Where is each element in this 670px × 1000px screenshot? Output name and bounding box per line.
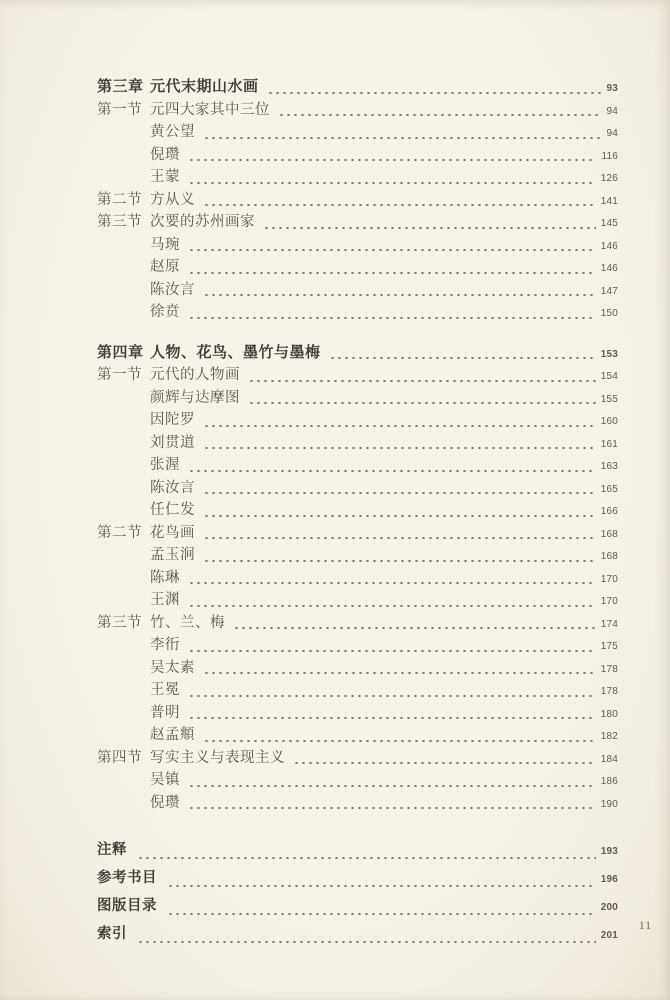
toc-row-title: 王渊 bbox=[150, 589, 180, 612]
dot-leader bbox=[167, 913, 596, 915]
dot-leader bbox=[137, 941, 596, 943]
toc-row: 赵孟頫 182 bbox=[97, 724, 618, 747]
dot-leader bbox=[188, 582, 596, 584]
dot-leader bbox=[203, 560, 596, 562]
toc-row-label: 第四节 bbox=[97, 747, 150, 770]
toc-row: 刘贯道 161 bbox=[97, 432, 618, 455]
toc-row-page: 193 bbox=[601, 838, 618, 866]
toc-row-title: 赵原 bbox=[150, 256, 180, 279]
toc-row-title: 颜辉与达摩图 bbox=[150, 387, 240, 410]
toc-row: 第一节 元四大家其中三位 94 bbox=[97, 99, 618, 122]
toc-row-title: 陈汝言 bbox=[150, 279, 195, 302]
toc-row-title: 李衎 bbox=[150, 634, 180, 657]
toc-page: 第三章 元代末期山水画 93 第一节 元四大家其中三位 94 黄公望 94 倪瓒… bbox=[0, 0, 670, 1000]
toc-row-title: 任仁发 bbox=[150, 499, 195, 522]
toc-group-chapter-3: 第三章 元代末期山水画 93 第一节 元四大家其中三位 94 黄公望 94 倪瓒… bbox=[97, 76, 618, 324]
dot-leader bbox=[167, 885, 596, 887]
toc-row-page: 180 bbox=[601, 704, 618, 727]
toc-row-title: 孟玉涧 bbox=[150, 544, 195, 567]
toc-row-title: 刘贯道 bbox=[150, 432, 195, 455]
toc-row-title: 徐贲 bbox=[150, 301, 180, 324]
toc-row: 陈汝言 165 bbox=[97, 477, 618, 500]
toc-row-title: 马琬 bbox=[150, 234, 180, 257]
toc-row: 孟玉涧 168 bbox=[97, 544, 618, 567]
toc-row-title: 王冕 bbox=[150, 679, 180, 702]
toc-row: 第三章 元代末期山水画 93 bbox=[97, 76, 618, 99]
toc-group-back-matter: 注释 193 参考书目 196 图版目录 200 索引 201 bbox=[97, 836, 618, 948]
toc-row-title: 花鸟画 bbox=[150, 522, 195, 545]
dot-leader bbox=[203, 425, 596, 427]
toc-row-page: 196 bbox=[601, 866, 618, 894]
toc-row: 图版目录 200 bbox=[97, 892, 618, 920]
toc-row-title: 元四大家其中三位 bbox=[150, 99, 270, 122]
toc-row: 吴太素 178 bbox=[97, 657, 618, 680]
toc-row-title: 元代的人物画 bbox=[150, 364, 240, 387]
dot-leader bbox=[188, 605, 596, 607]
dot-leader bbox=[329, 357, 596, 359]
dot-leader bbox=[203, 294, 596, 296]
dot-leader bbox=[188, 249, 596, 251]
toc-row-title: 陈琳 bbox=[150, 567, 180, 590]
toc-row-title: 方从义 bbox=[150, 189, 195, 212]
dot-leader bbox=[188, 272, 596, 274]
toc-row: 第四节 写实主义与表现主义 184 bbox=[97, 747, 618, 770]
toc-row-page: 160 bbox=[601, 411, 618, 434]
toc-row-title: 普明 bbox=[150, 702, 180, 725]
toc-row-title: 图版目录 bbox=[97, 892, 157, 920]
toc-row-page: 174 bbox=[601, 614, 618, 637]
toc-row-title: 次要的苏州画家 bbox=[150, 211, 255, 234]
toc-row-page: 154 bbox=[601, 366, 618, 389]
toc-row-page: 150 bbox=[601, 303, 618, 326]
toc-row-page: 165 bbox=[601, 479, 618, 502]
toc-row-title: 倪瓒 bbox=[150, 792, 180, 815]
toc-row-page: 161 bbox=[601, 434, 618, 457]
toc-row: 颜辉与达摩图 155 bbox=[97, 387, 618, 410]
toc-row-page: 155 bbox=[601, 389, 618, 412]
toc-row: 王渊 170 bbox=[97, 589, 618, 612]
toc-row-page: 93 bbox=[606, 78, 618, 101]
dot-leader bbox=[293, 762, 596, 764]
dot-leader bbox=[188, 470, 596, 472]
toc-row: 张渥 163 bbox=[97, 454, 618, 477]
dot-leader bbox=[233, 627, 596, 629]
toc-row-page: 178 bbox=[601, 659, 618, 682]
toc-row: 徐贲 150 bbox=[97, 301, 618, 324]
toc-row-page: 147 bbox=[601, 281, 618, 304]
dot-leader bbox=[188, 317, 596, 319]
toc-row-title: 元代末期山水画 bbox=[150, 76, 259, 99]
toc-row-page: 168 bbox=[601, 546, 618, 569]
toc-row-label: 第四章 bbox=[97, 342, 150, 365]
toc-row: 因陀罗 160 bbox=[97, 409, 618, 432]
toc-row-title: 赵孟頫 bbox=[150, 724, 195, 747]
dot-leader bbox=[188, 182, 596, 184]
toc-row-page: 184 bbox=[601, 749, 618, 772]
toc-row-page: 170 bbox=[601, 591, 618, 614]
toc-row: 倪瓒 190 bbox=[97, 792, 618, 815]
toc-row-label: 第三章 bbox=[97, 76, 150, 99]
dot-leader bbox=[203, 740, 596, 742]
toc-row: 倪瓒 116 bbox=[97, 144, 618, 167]
toc-row-page: 126 bbox=[601, 168, 618, 191]
toc-row: 赵原 146 bbox=[97, 256, 618, 279]
toc-row-title: 索引 bbox=[97, 920, 127, 948]
toc-row-title: 竹、兰、梅 bbox=[150, 612, 225, 635]
dot-leader bbox=[188, 650, 596, 652]
toc-row: 黄公望 94 bbox=[97, 121, 618, 144]
toc-group-chapter-4: 第四章 人物、花鸟、墨竹与墨梅 153 第一节 元代的人物画 154 颜辉与达摩… bbox=[97, 342, 618, 815]
toc-row-page: 141 bbox=[601, 191, 618, 214]
toc-row-title: 参考书目 bbox=[97, 864, 157, 892]
folio-page-number: 11 bbox=[639, 920, 652, 932]
toc-row-title: 倪瓒 bbox=[150, 144, 180, 167]
toc-row-label: 第二节 bbox=[97, 522, 150, 545]
toc-row: 李衎 175 bbox=[97, 634, 618, 657]
toc-row: 马琬 146 bbox=[97, 234, 618, 257]
toc-row-label: 第三节 bbox=[97, 612, 150, 635]
toc-row: 第三节 次要的苏州画家 145 bbox=[97, 211, 618, 234]
toc-row: 陈汝言 147 bbox=[97, 279, 618, 302]
toc-row-title: 王蒙 bbox=[150, 166, 180, 189]
toc-row-title: 因陀罗 bbox=[150, 409, 195, 432]
dot-leader bbox=[203, 537, 596, 539]
toc-row-page: 170 bbox=[601, 569, 618, 592]
toc-row-page: 146 bbox=[601, 236, 618, 259]
toc-row: 第一节 元代的人物画 154 bbox=[97, 364, 618, 387]
dot-leader bbox=[278, 114, 601, 116]
dot-leader bbox=[188, 695, 596, 697]
toc-row-page: 166 bbox=[601, 501, 618, 524]
toc-row: 任仁发 166 bbox=[97, 499, 618, 522]
toc-row-title: 吴太素 bbox=[150, 657, 195, 680]
toc-row-title: 陈汝言 bbox=[150, 477, 195, 500]
toc-row: 王冕 178 bbox=[97, 679, 618, 702]
dot-leader bbox=[137, 857, 596, 859]
dot-leader bbox=[203, 515, 596, 517]
dot-leader bbox=[248, 402, 596, 404]
dot-leader bbox=[203, 447, 596, 449]
toc-row-page: 201 bbox=[601, 922, 618, 950]
dot-leader bbox=[203, 204, 596, 206]
dot-leader bbox=[203, 492, 596, 494]
toc-row-page: 153 bbox=[601, 344, 618, 367]
toc-row-page: 116 bbox=[601, 146, 618, 169]
toc-row-page: 146 bbox=[601, 258, 618, 281]
toc-row-page: 178 bbox=[601, 681, 618, 704]
toc-row-page: 168 bbox=[601, 524, 618, 547]
dot-leader bbox=[248, 380, 596, 382]
toc-row-page: 145 bbox=[601, 213, 618, 236]
dot-leader bbox=[203, 672, 596, 674]
toc-row-title: 注释 bbox=[97, 836, 127, 864]
toc-row-page: 182 bbox=[601, 726, 618, 749]
toc-row-page: 94 bbox=[606, 123, 618, 146]
toc-row-page: 190 bbox=[601, 794, 618, 817]
toc-row: 第二节 花鸟画 168 bbox=[97, 522, 618, 545]
dot-leader bbox=[188, 717, 596, 719]
dot-leader bbox=[263, 227, 596, 229]
toc-row: 陈琳 170 bbox=[97, 567, 618, 590]
toc-row: 索引 201 bbox=[97, 920, 618, 948]
toc-row-page: 163 bbox=[601, 456, 618, 479]
toc-row-page: 186 bbox=[601, 771, 618, 794]
toc-row: 普明 180 bbox=[97, 702, 618, 725]
toc-row-label: 第一节 bbox=[97, 364, 150, 387]
toc-row-title: 写实主义与表现主义 bbox=[150, 747, 285, 770]
dot-leader bbox=[267, 92, 602, 94]
toc-row-title: 人物、花鸟、墨竹与墨梅 bbox=[150, 342, 321, 365]
toc-row: 参考书目 196 bbox=[97, 864, 618, 892]
toc-row: 第四章 人物、花鸟、墨竹与墨梅 153 bbox=[97, 342, 618, 365]
dot-leader bbox=[188, 807, 596, 809]
toc-row-label: 第二节 bbox=[97, 189, 150, 212]
toc-row-title: 张渥 bbox=[150, 454, 180, 477]
toc-row-label: 第三节 bbox=[97, 211, 150, 234]
dot-leader bbox=[188, 785, 596, 787]
toc-row-page: 94 bbox=[606, 101, 618, 124]
toc-row-page: 200 bbox=[601, 894, 618, 922]
toc-row-label: 第一节 bbox=[97, 99, 150, 122]
toc-row-title: 黄公望 bbox=[150, 121, 195, 144]
toc-row: 王蒙 126 bbox=[97, 166, 618, 189]
toc-row: 第三节 竹、兰、梅 174 bbox=[97, 612, 618, 635]
toc-row-title: 吴镇 bbox=[150, 769, 180, 792]
toc-row: 吴镇 186 bbox=[97, 769, 618, 792]
toc-row-page: 175 bbox=[601, 636, 618, 659]
dot-leader bbox=[203, 137, 601, 139]
toc-row: 第二节 方从义 141 bbox=[97, 189, 618, 212]
toc-row: 注释 193 bbox=[97, 836, 618, 864]
dot-leader bbox=[188, 159, 596, 161]
toc: 第三章 元代末期山水画 93 第一节 元四大家其中三位 94 黄公望 94 倪瓒… bbox=[97, 76, 618, 948]
